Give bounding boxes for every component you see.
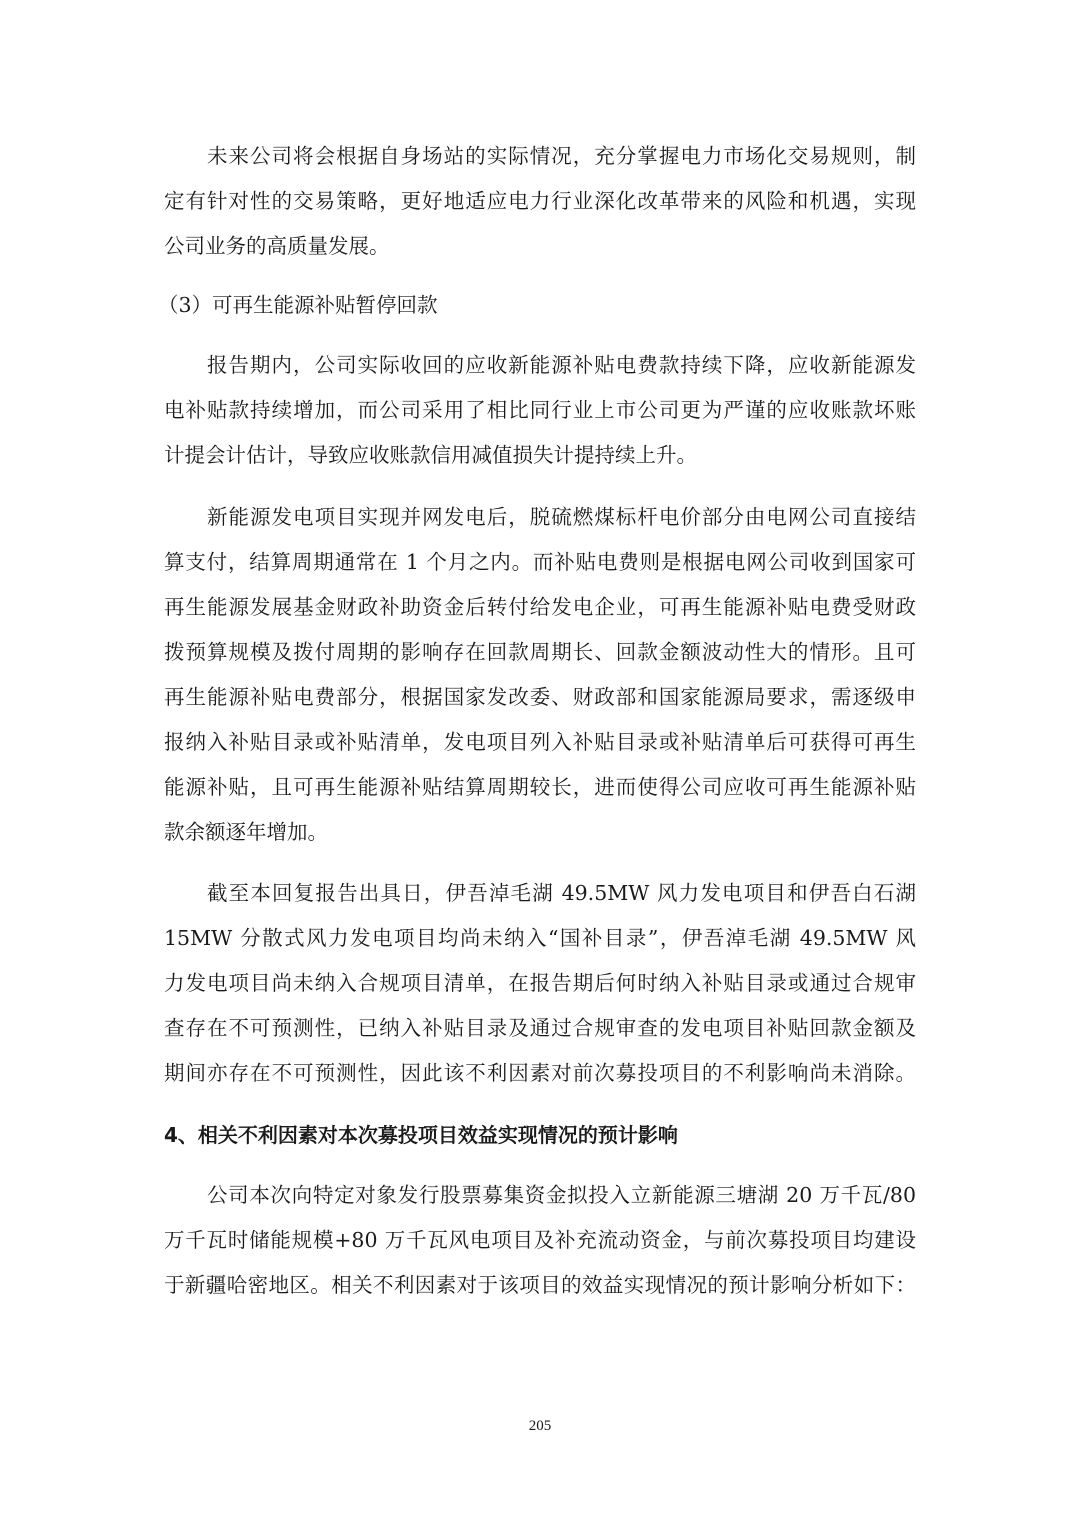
paragraph-1-line-3: 公司业务的高质量发展。: [164, 231, 916, 261]
paragraph-5-line-3: 于新疆哈密地区。相关不利因素对于该项目的效益实现情况的预计影响分析如下：: [164, 1270, 916, 1300]
paragraph-4-line-2: 15MW 分散式风力发电项目均尚未纳入“国补目录”，伊吾淖毛湖 49.5MW 风: [164, 923, 916, 953]
paragraph-1-line-1: 未来公司将会根据自身场站的实际情况，充分掌握电力市场化交易规则，制: [207, 141, 916, 171]
section-heading-4: 4、相关不利因素对本次募投项目效益实现情况的预计影响: [164, 1120, 916, 1150]
paragraph-2-line-2: 电补贴款持续增加，而公司采用了相比同行业上市公司更为严谨的应收账款坏账: [164, 395, 916, 425]
paragraph-3-line-7: 能源补贴，且可再生能源补贴结算周期较长，进而使得公司应收可再生能源补贴: [164, 772, 916, 802]
paragraph-2-line-3: 计提会计估计，导致应收账款信用减值损失计提持续上升。: [164, 440, 916, 470]
paragraph-4-line-3: 力发电项目尚未纳入合规项目清单，在报告期后何时纳入补贴目录或通过合规审: [164, 968, 916, 998]
document-page: 未来公司将会根据自身场站的实际情况，充分掌握电力市场化交易规则，制 定有针对性的…: [0, 0, 1080, 1527]
paragraph-5-line-1: 公司本次向特定对象发行股票募集资金拟投入立新能源三塘湖 20 万千瓦/80: [207, 1180, 916, 1210]
paragraph-3-line-4: 拨预算规模及拨付周期的影响存在回款周期长、回款金额波动性大的情形。且可: [164, 637, 916, 667]
paragraph-3-line-5: 再生能源补贴电费部分，根据国家发改委、财政部和国家能源局要求，需逐级申: [164, 682, 916, 712]
paragraph-3-line-6: 报纳入补贴目录或补贴清单，发电项目列入补贴目录或补贴清单后可获得可再生: [164, 727, 916, 757]
paragraph-3-line-1: 新能源发电项目实现并网发电后，脱硫燃煤标杆电价部分由电网公司直接结: [207, 502, 916, 532]
paragraph-3-line-3: 再生能源发展基金财政补助资金后转付给发电企业，可再生能源补贴电费受财政: [164, 592, 916, 622]
paragraph-2-line-1: 报告期内，公司实际收回的应收新能源补贴电费款持续下降，应收新能源发: [207, 350, 916, 380]
paragraph-5-line-2: 万千瓦时储能规模+80 万千瓦风电项目及补充流动资金，与前次募投项目均建设: [164, 1225, 916, 1255]
subheading-renewable-subsidy: （3）可再生能源补贴暂停回款: [158, 290, 910, 320]
paragraph-1-line-2: 定有针对性的交易策略，更好地适应电力行业深化改革带来的风险和机遇，实现: [164, 186, 916, 216]
paragraph-4-line-4: 查存在不可预测性，已纳入补贴目录及通过合规审查的发电项目补贴回款金额及: [164, 1013, 916, 1043]
paragraph-4-line-5: 期间亦存在不可预测性，因此该不利因素对前次募投项目的不利影响尚未消除。: [164, 1058, 916, 1088]
paragraph-3-line-2: 算支付，结算周期通常在 1 个月之内。而补贴电费则是根据电网公司收到国家可: [164, 547, 916, 577]
paragraph-4-line-1: 截至本回复报告出具日，伊吾淖毛湖 49.5MW 风力发电项目和伊吾白石湖: [207, 878, 916, 908]
paragraph-3-line-8: 款余额逐年增加。: [164, 817, 916, 847]
page-number: 205: [0, 1418, 1080, 1435]
